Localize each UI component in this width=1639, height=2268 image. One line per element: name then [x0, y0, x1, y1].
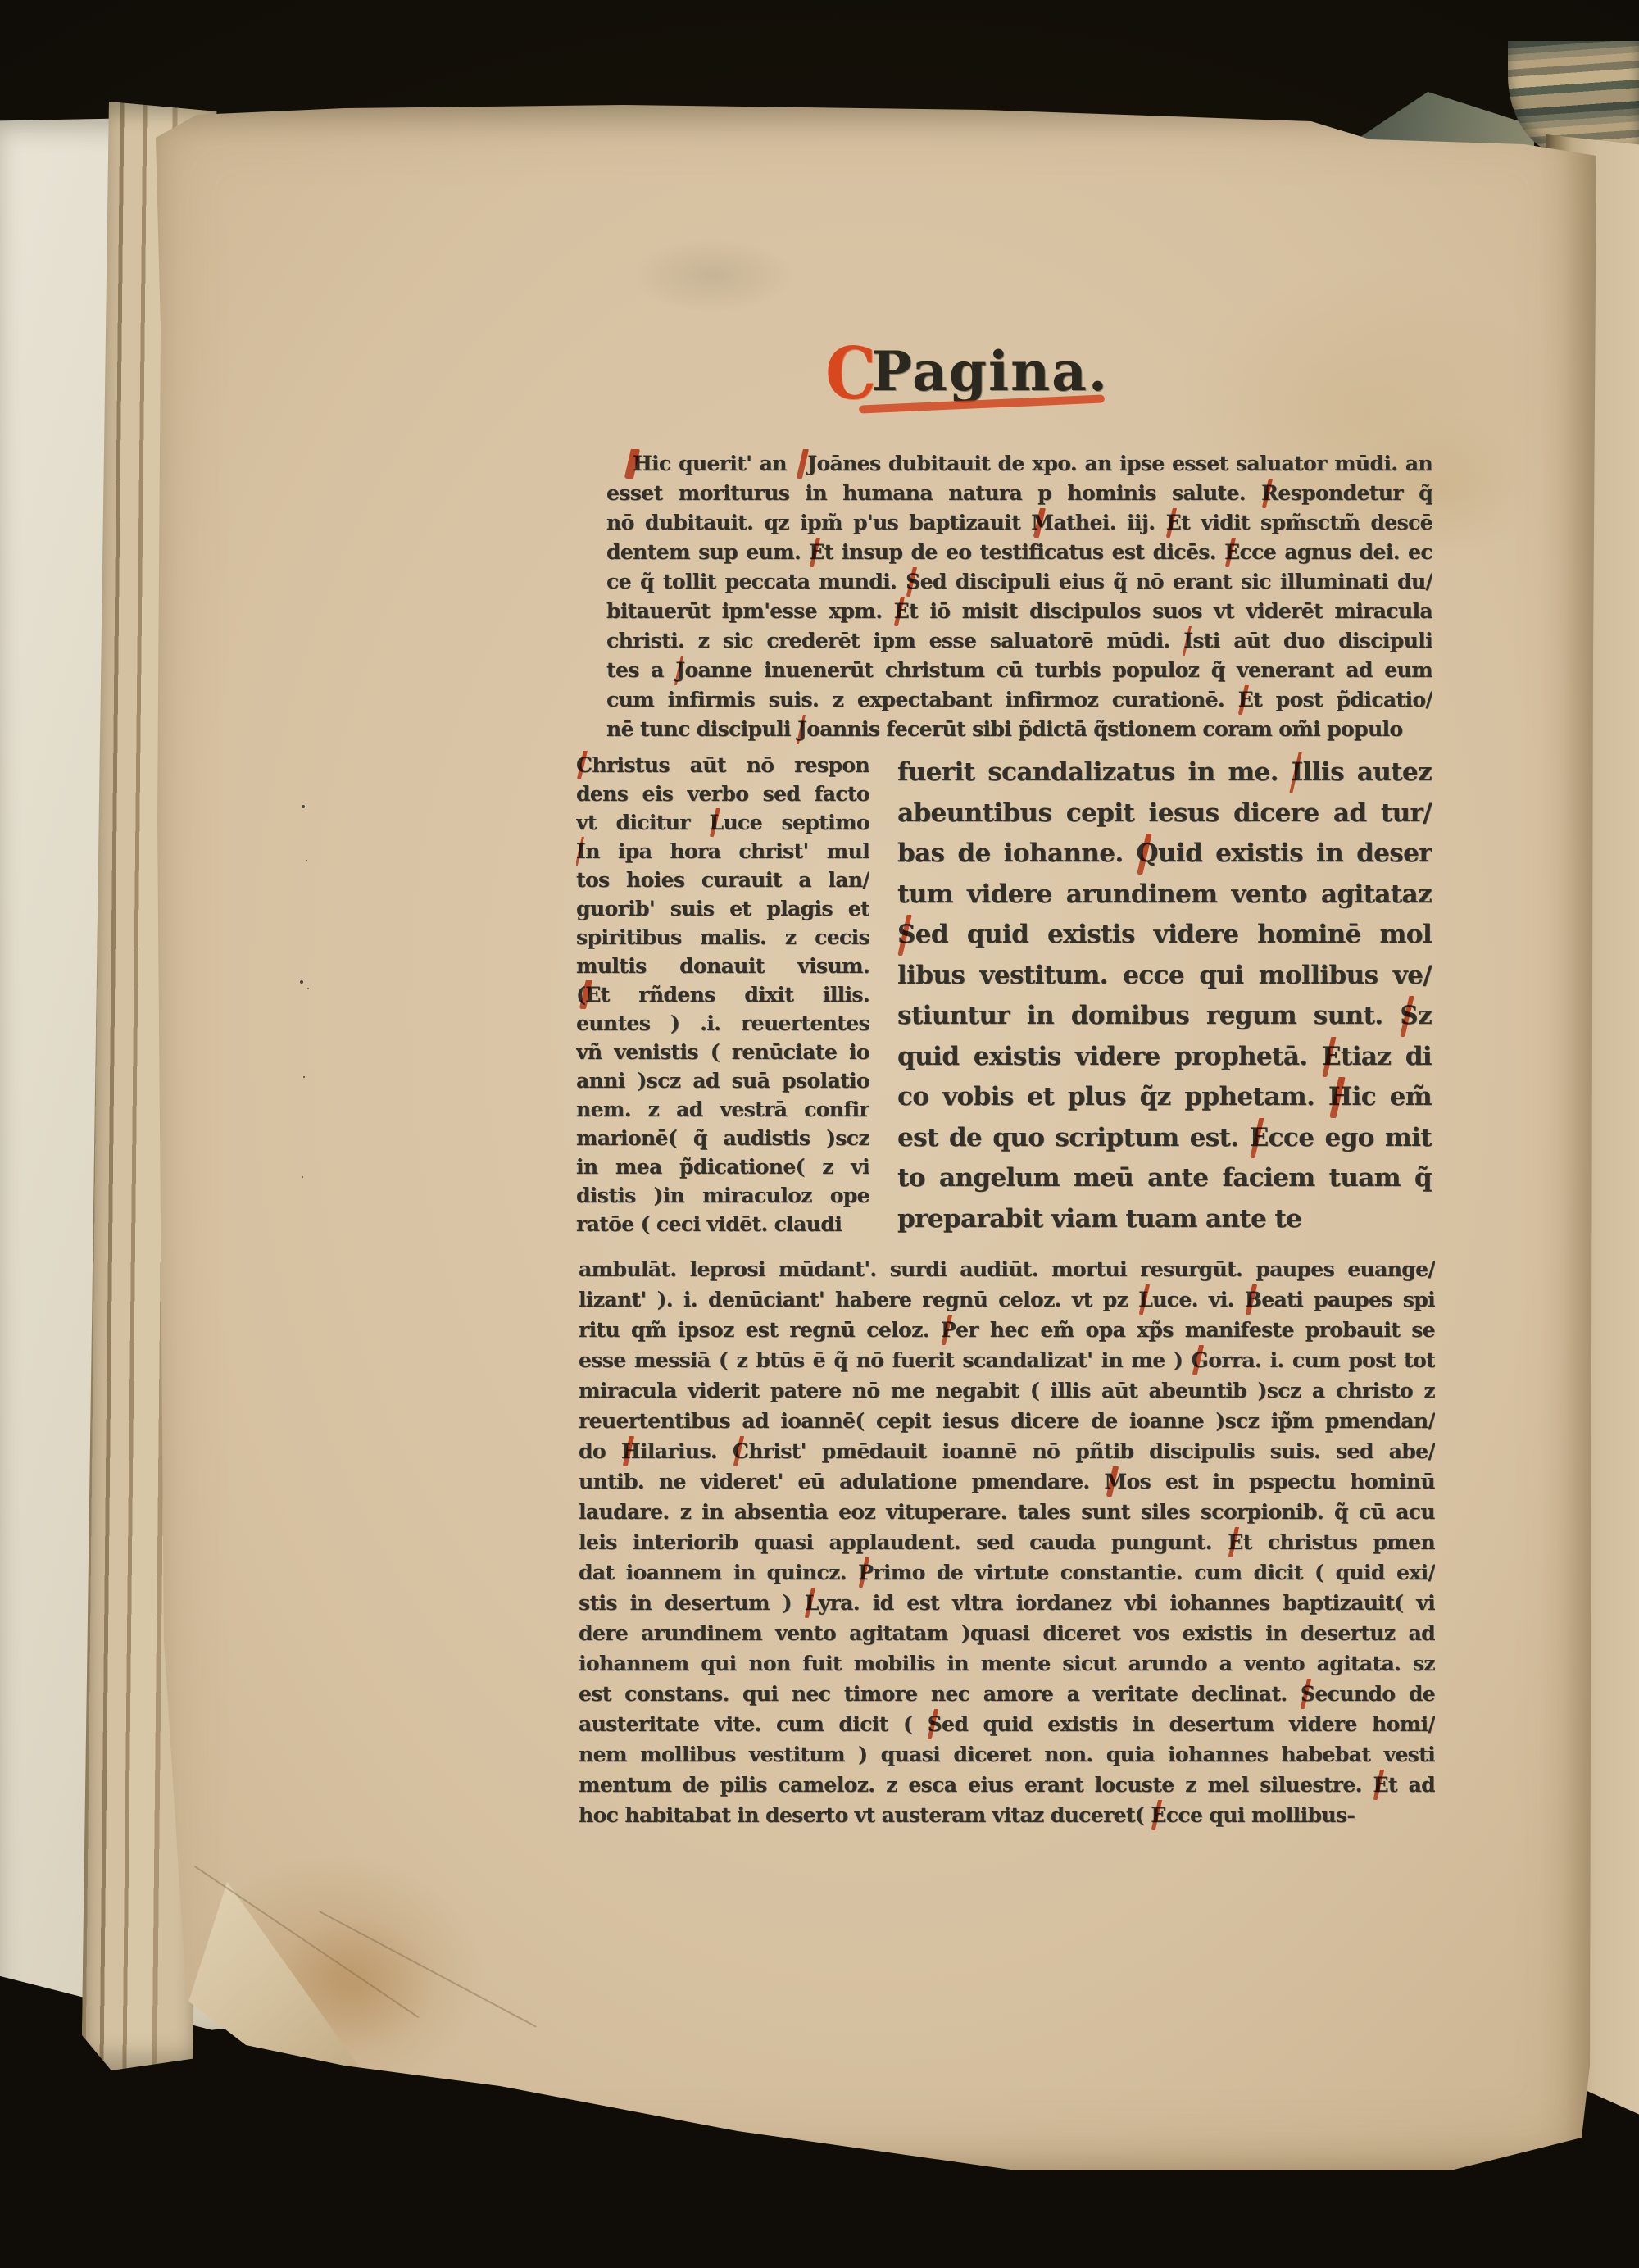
text-line: marionē( q̃ audistis )scz: [576, 1124, 869, 1152]
text-line: vñ venistis ( renūciate io: [576, 1038, 869, 1066]
page-title-text: Pagina.: [871, 339, 1109, 403]
text-line: lizant' ). i. denūciant' habere regnū ce…: [579, 1284, 1435, 1315]
rubricated-initial: E: [1238, 685, 1253, 715]
text-line: laudare. z in absentia eoz vituperare. t…: [579, 1497, 1435, 1527]
text-line: in mea p̃dicatione( z vi: [576, 1152, 869, 1181]
rubricated-initial: L: [1138, 1284, 1152, 1315]
text-line: In ipa hora christ' mul: [576, 837, 869, 866]
crease-line: [319, 1911, 537, 2028]
text-line: miracula viderit patere nō me negabit ( …: [579, 1375, 1435, 1406]
text-line: nem mollibus vestitum ) quasi diceret no…: [579, 1739, 1435, 1770]
text-line: quid existis videre prophetā. Etiaz di: [897, 1037, 1432, 1078]
text-line: euntes ) .i. reuertentes: [576, 1009, 869, 1038]
text-line: nō dubitauit. qz ipm̃ p'us baptizauit Ma…: [606, 508, 1432, 538]
rubricated-initial: S: [897, 915, 915, 956]
text-line: esse messiā ( z btūs ē q̃ nō fuerit scan…: [579, 1345, 1435, 1375]
rubricated-initial: H: [1328, 1077, 1352, 1118]
rubricated-initial: C: [733, 1436, 748, 1466]
text-line: ambulāt. leprosi mūdant'. surdi audiūt. …: [579, 1254, 1435, 1284]
rubricated-initial: E: [1250, 1118, 1269, 1159]
text-line: to angelum meū ante faciem tuam q̃: [897, 1158, 1432, 1199]
rubricated-initial: J: [794, 449, 816, 479]
text-line: leis interiorib quasi applaudent. sed ca…: [579, 1527, 1435, 1557]
text-line: abeuntibus cepit iesus dicere ad tur/: [897, 793, 1432, 834]
text-line: dere arundinem vento agitatam )quasi dic…: [579, 1618, 1435, 1648]
rubricated-initial: P: [941, 1315, 956, 1345]
text-line: spiritibus malis. z cecis: [576, 923, 869, 952]
rubricated-initial: J: [797, 715, 806, 744]
text-line: distis )in miraculoz ope: [576, 1181, 869, 1210]
photo-canvas: CPagina. Hic querit' an Joānes dubitauit…: [0, 0, 1639, 2268]
text-line: Sed quid existis videre hominē mol: [897, 915, 1432, 956]
text-line: est de quo scriptum est. Ecce ego mit: [897, 1118, 1432, 1159]
text-line: iohannem qui non fuit mobilis in mente s…: [579, 1648, 1435, 1679]
rubricated-initial: H: [620, 449, 652, 479]
rubricated-initial: S: [1400, 996, 1418, 1037]
text-line: co vobis et plus q̃z pphetam. Hic em̃: [897, 1077, 1432, 1118]
text-line: cum infirmis suis. z expectabant infirmo…: [606, 685, 1432, 715]
text-line: ce q̃ tollit peccata mundi. Sed discipul…: [606, 567, 1432, 597]
text-line: tes a Joanne inuenerūt christum cū turbi…: [606, 656, 1432, 685]
rubricated-initial: E: [1322, 1037, 1341, 1078]
rubricated-initial: I: [1183, 626, 1192, 656]
text-line: ratōe ( ceci vidēt. claudi: [576, 1210, 869, 1239]
rubricated-initial: S: [928, 1709, 942, 1739]
rubricated-initial: E: [1151, 1800, 1165, 1830]
ink-specks: [302, 805, 305, 808]
text-line: reuertentibus ad ioannē( cepit iesus dic…: [579, 1406, 1435, 1436]
rubricated-initial: E: [1373, 1770, 1387, 1800]
stain: [606, 226, 819, 325]
text-line: nē tunc discipuli Joannis fecerūt sibi p…: [606, 715, 1432, 744]
rubricated-initial: S: [906, 567, 919, 597]
text-line: stiuntur in domibus regum sunt. Sz: [897, 996, 1432, 1037]
text-line: libus vestitum. ecce qui mollibus ve/: [897, 956, 1432, 997]
text-line: do Hilarius. Christ' pmēdauit ioannē nō …: [579, 1436, 1435, 1466]
text-line: est constans. qui nec timore nec amore a…: [579, 1679, 1435, 1709]
text-line: ritu qm̃ ipsoz est regnū celoz. Per hec …: [579, 1315, 1435, 1345]
column-right: fuerit scandalizatus in me. Illis auteza…: [897, 752, 1432, 1239]
text-line: bitauerūt ipm'esse xpm. Et iō misit disc…: [606, 597, 1432, 626]
text-line: preparabit viam tuam ante te: [897, 1199, 1432, 1240]
text-line: tos hoies curauit a lan/: [576, 866, 869, 894]
paragraph-block-2: ambulāt. leprosi mūdant'. surdi audiūt. …: [579, 1254, 1435, 1830]
text-line: stis in desertum ) Lyra. id est vltra io…: [579, 1588, 1435, 1618]
column-left: Christus aūt nō respondens eis verbo sed…: [576, 751, 869, 1239]
text-line: untib. ne videret' eū adulatione pmendar…: [579, 1466, 1435, 1497]
rubricated-initial: E: [1224, 538, 1239, 567]
rubricated-initial: M: [1104, 1466, 1126, 1497]
rubricated-initial: S: [1301, 1679, 1314, 1709]
rubricated-initial: L: [805, 1588, 819, 1618]
dog-ear-fold: [180, 1882, 361, 2079]
text-line: dens eis verbo sed facto: [576, 779, 869, 808]
text-line: Christus aūt nō respon: [576, 751, 869, 779]
rubricated-initial: B: [1245, 1284, 1262, 1315]
rubricated-initial: R: [1261, 479, 1278, 508]
rubricated-initial: L: [709, 808, 723, 837]
rubricated-initial: E: [1228, 1527, 1242, 1557]
rubricated-initial: E: [894, 597, 909, 626]
text-line: esset moriturus in humana natura p homin…: [606, 479, 1432, 508]
text-line: mentum de pilis cameloz. z esca eius era…: [579, 1770, 1435, 1800]
paragraph-block-1: Hic querit' an Joānes dubitauit de xpo. …: [606, 449, 1432, 744]
rubricated-initial: E: [809, 538, 824, 567]
rubricated-initial: M: [1031, 508, 1053, 538]
text-line: nem. z ad vestrā confir: [576, 1095, 869, 1124]
rubricated-initial: (E: [576, 980, 601, 1009]
text-line: (Et rñdens dixit illis.: [576, 980, 869, 1009]
text-line: vt dicitur Luce septimo: [576, 808, 869, 837]
rubricated-initial: E: [1166, 508, 1181, 538]
rubricated-initial: Q: [1137, 834, 1158, 875]
book-page: CPagina. Hic querit' an Joānes dubitauit…: [148, 103, 1596, 2170]
rubricated-initial: C: [576, 751, 592, 779]
rubricated-initial: I: [576, 837, 585, 866]
text-line: hoc habitabat in deserto vt austeram vit…: [579, 1800, 1435, 1830]
text-line: tum videre arundinem vento agitataz: [897, 875, 1432, 916]
rubricated-initial: G: [1191, 1345, 1208, 1375]
text-line: fuerit scandalizatus in me. Illis autez: [897, 752, 1432, 793]
page-title: CPagina.: [738, 339, 1196, 403]
rubricated-initial: I: [1292, 752, 1303, 793]
text-line: guorib' suis et plagis et: [576, 894, 869, 923]
text-line: austeritate vite. cum dicit ( Sed quid e…: [579, 1709, 1435, 1739]
rubricated-initial: P: [858, 1557, 873, 1588]
rubricated-initial: H: [621, 1436, 640, 1466]
text-line: christi. z sic crederēt ipm esse saluato…: [606, 626, 1432, 656]
text-line: Hic querit' an Joānes dubitauit de xpo. …: [606, 449, 1432, 479]
text-line: dentem sup eum. Et insup de eo testifica…: [606, 538, 1432, 567]
text-line: dat ioannem in quincz. Primo de virtute …: [579, 1557, 1435, 1588]
text-line: bas de iohanne. Quid existis in deser: [897, 834, 1432, 875]
text-line: multis donauit visum.: [576, 952, 869, 980]
text-line: anni )scz ad suā psolatio: [576, 1066, 869, 1095]
rubricated-initial: J: [675, 656, 684, 685]
